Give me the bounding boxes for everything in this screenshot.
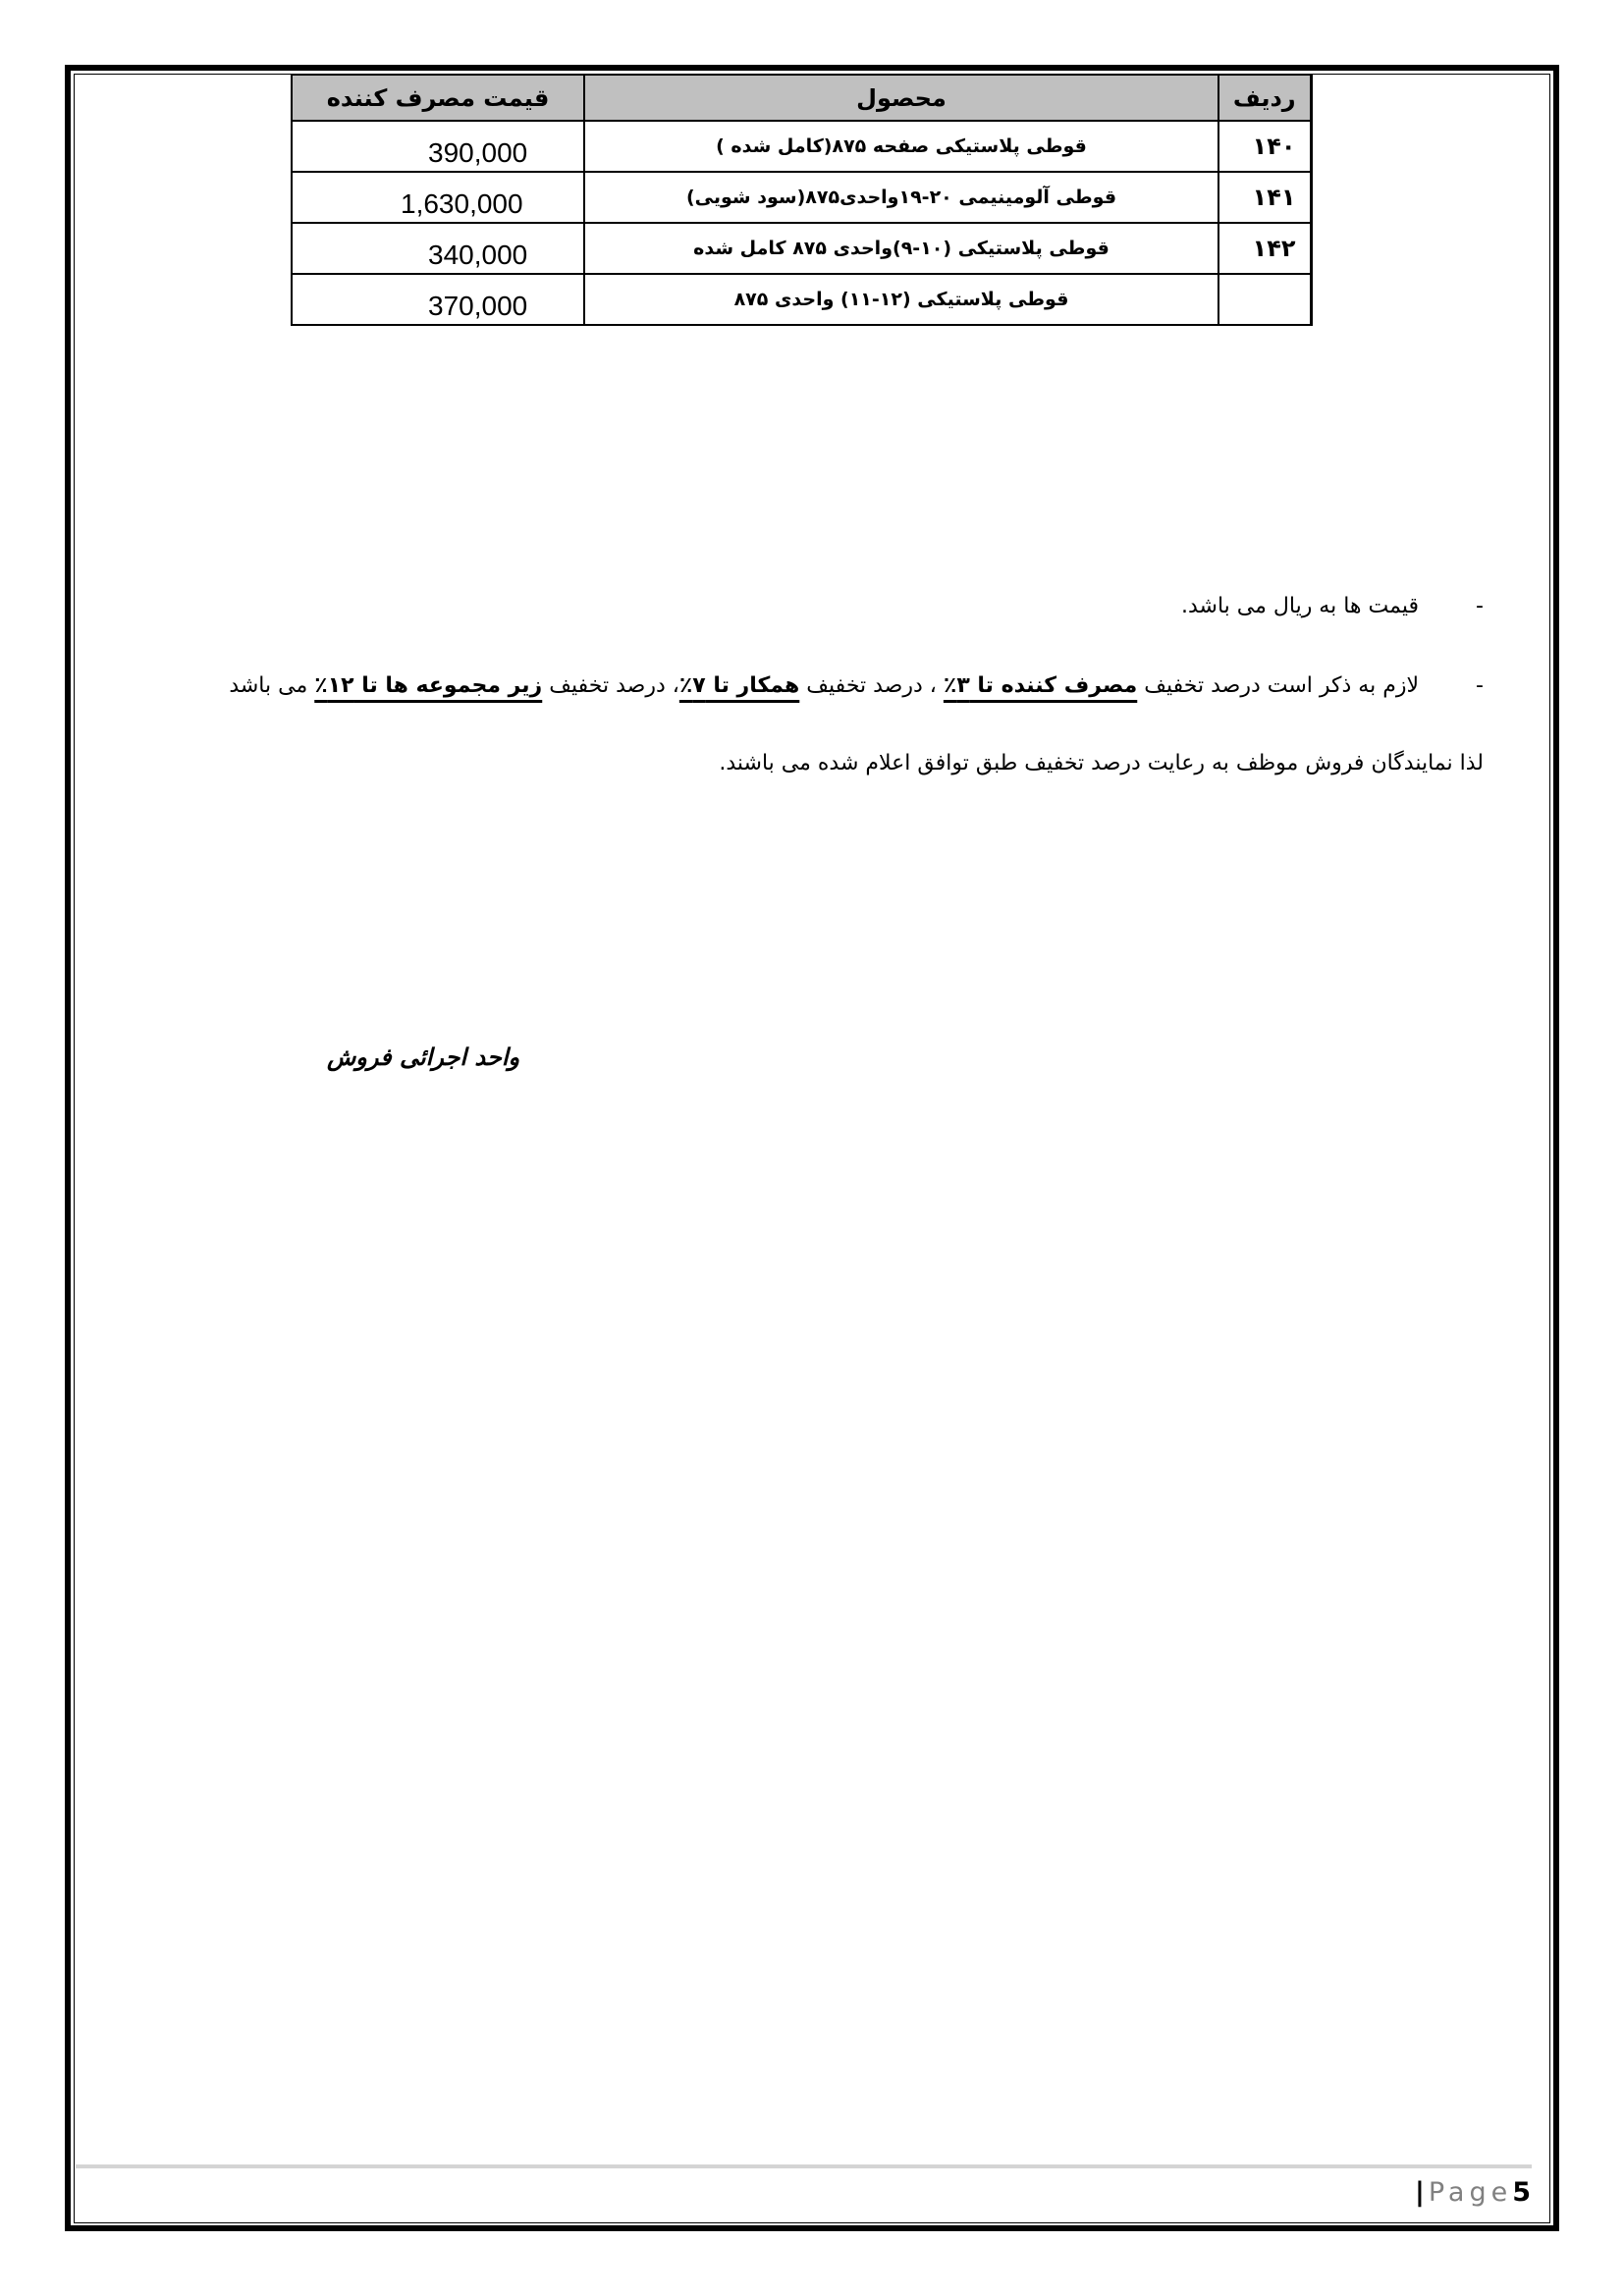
- footer-divider: [76, 2164, 1532, 2168]
- consumer-discount: مصرف کننده تا ۳٪: [944, 673, 1137, 698]
- page-number: 5: [1512, 2177, 1531, 2208]
- table-header-row: ردیف محصول قیمت مصرف کننده: [292, 75, 1311, 121]
- note-text: لازم به ذکر است درصد تخفیف: [1137, 673, 1419, 698]
- product-name: قوطی آلومینیمی ۲۰-۱۹واحدی۸۷۵(سود شویی): [584, 172, 1218, 223]
- note-discounts: -لازم به ذکر است درصد تخفیف مصرف کننده ت…: [229, 673, 1484, 698]
- bullet-dash: -: [1444, 673, 1484, 698]
- table-row: قوطی پلاستیکی (۱۲-۱۱) واحدی ۸۷۵ 370,000: [292, 274, 1311, 325]
- table-row: ۱۴۲ قوطی پلاستیکی (۱۰-۹)واحدی ۸۷۵ کامل ش…: [292, 223, 1311, 274]
- note-text: ، درصد تخفیف: [542, 673, 679, 698]
- consumer-price: 1,630,000: [292, 172, 584, 223]
- note-text: می باشد: [229, 673, 314, 698]
- subsidiary-discount: زیر مجموعه ها تا ۱۲٪: [314, 673, 542, 698]
- header-product: محصول: [584, 75, 1218, 121]
- price-list-table: ردیف محصول قیمت مصرف کننده ۱۴۰ قوطی پلاس…: [291, 74, 1313, 326]
- row-number: [1218, 274, 1311, 325]
- page-label: Page: [1429, 2177, 1512, 2208]
- row-number: ۱۴۱: [1218, 172, 1311, 223]
- row-number: ۱۴۲: [1218, 223, 1311, 274]
- note-text: ، درصد تخفیف: [799, 673, 944, 698]
- note-currency: -قیمت ها به ریال می باشد.: [1181, 594, 1484, 618]
- consumer-price: 370,000: [292, 274, 584, 325]
- consumer-price: 390,000: [292, 121, 584, 172]
- footer-separator: |: [1415, 2177, 1425, 2208]
- table-row: ۱۴۰ قوطی پلاستیکی صفحه ۸۷۵(کامل شده ) 39…: [292, 121, 1311, 172]
- partner-discount: همکار تا ۷٪: [679, 673, 799, 698]
- note-obligation: لذا نمایندگان فروش موظف به رعایت درصد تخ…: [719, 751, 1484, 775]
- product-name: قوطی پلاستیکی (۱۲-۱۱) واحدی ۸۷۵: [584, 274, 1218, 325]
- page-number-footer: |Page5: [1415, 2177, 1531, 2208]
- product-name: قوطی پلاستیکی صفحه ۸۷۵(کامل شده ): [584, 121, 1218, 172]
- header-consumer-price: قیمت مصرف کننده: [292, 75, 584, 121]
- page-border-inner: [74, 74, 1550, 2223]
- table-row: ۱۴۱ قوطی آلومینیمی ۲۰-۱۹واحدی۸۷۵(سود شوی…: [292, 172, 1311, 223]
- header-row-number: ردیف: [1218, 75, 1311, 121]
- consumer-price: 340,000: [292, 223, 584, 274]
- note-currency-text: قیمت ها به ریال می باشد.: [1181, 594, 1419, 618]
- row-number: ۱۴۰: [1218, 121, 1311, 172]
- bullet-dash: -: [1444, 594, 1484, 618]
- product-name: قوطی پلاستیکی (۱۰-۹)واحدی ۸۷۵ کامل شده: [584, 223, 1218, 274]
- signature: واحد اجرائی فروش: [327, 1042, 519, 1071]
